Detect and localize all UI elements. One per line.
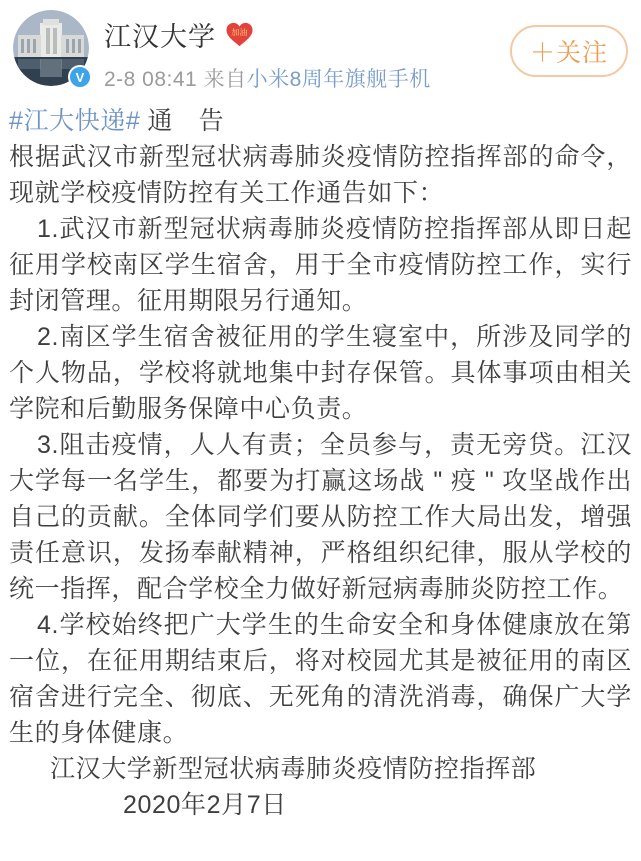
jiayou-heart-badge-icon: 加油: [225, 21, 254, 48]
notice-title: 通 告: [147, 107, 224, 135]
username[interactable]: 江汉大学: [104, 15, 216, 54]
paragraph-1: 1.武汉市新型冠状病毒肺炎疫情防控指挥部从即日起征用学校南区学生宿舍，用于全市疫…: [9, 211, 632, 319]
post-meta: 2-8 08:41 来自小米8周年旗舰手机: [104, 63, 510, 93]
post-header: V 江汉大学 加油 2-8 08:41 来自小米8周年旗舰手机 ＋关注: [0, 0, 641, 95]
paragraph-intro: 根据武汉市新型冠状病毒肺炎疫情防控指挥部的命令，现就学校疫情防控有关工作通告如下…: [9, 139, 632, 211]
paragraph-2: 2.南区学生宿舍被征用的学生寝室中，所涉及同学的个人物品，学校将就地集中封存保管…: [9, 319, 632, 427]
source-prefix: 来自: [204, 68, 247, 91]
verified-badge-icon: V: [68, 65, 92, 89]
weibo-post-card: V 江汉大学 加油 2-8 08:41 来自小米8周年旗舰手机 ＋关注 #江大快…: [0, 0, 641, 861]
paragraph-4: 4.学校始终把广大学生的生命安全和身体健康放在第一位，在征用期结束后，将对校园尤…: [9, 607, 632, 751]
title-line: #江大快递#通 告: [9, 103, 632, 139]
follow-button[interactable]: ＋关注: [510, 25, 628, 77]
paragraph-3: 3.阻击疫情，人人有责；全员参与，责无旁贷。江汉大学每一名学生，都要为打赢这场战…: [9, 427, 632, 607]
post-content: #江大快递#通 告 根据武汉市新型冠状病毒肺炎疫情防控指挥部的命令，现就学校疫情…: [0, 95, 641, 823]
svg-text:加油: 加油: [231, 27, 247, 37]
timestamp: 2-8 08:41: [104, 68, 197, 91]
signature: 江汉大学新型冠状病毒肺炎疫情防控指挥部: [9, 751, 632, 787]
hashtag-link[interactable]: #江大快递#: [9, 107, 140, 135]
avatar[interactable]: V: [13, 10, 89, 86]
user-info: 江汉大学 加油 2-8 08:41 来自小米8周年旗舰手机: [104, 10, 510, 93]
name-row: 江汉大学 加油: [104, 15, 510, 54]
source-link[interactable]: 小米8周年旗舰手机: [247, 68, 431, 91]
notice-date: 2020年2月7日: [9, 787, 632, 823]
